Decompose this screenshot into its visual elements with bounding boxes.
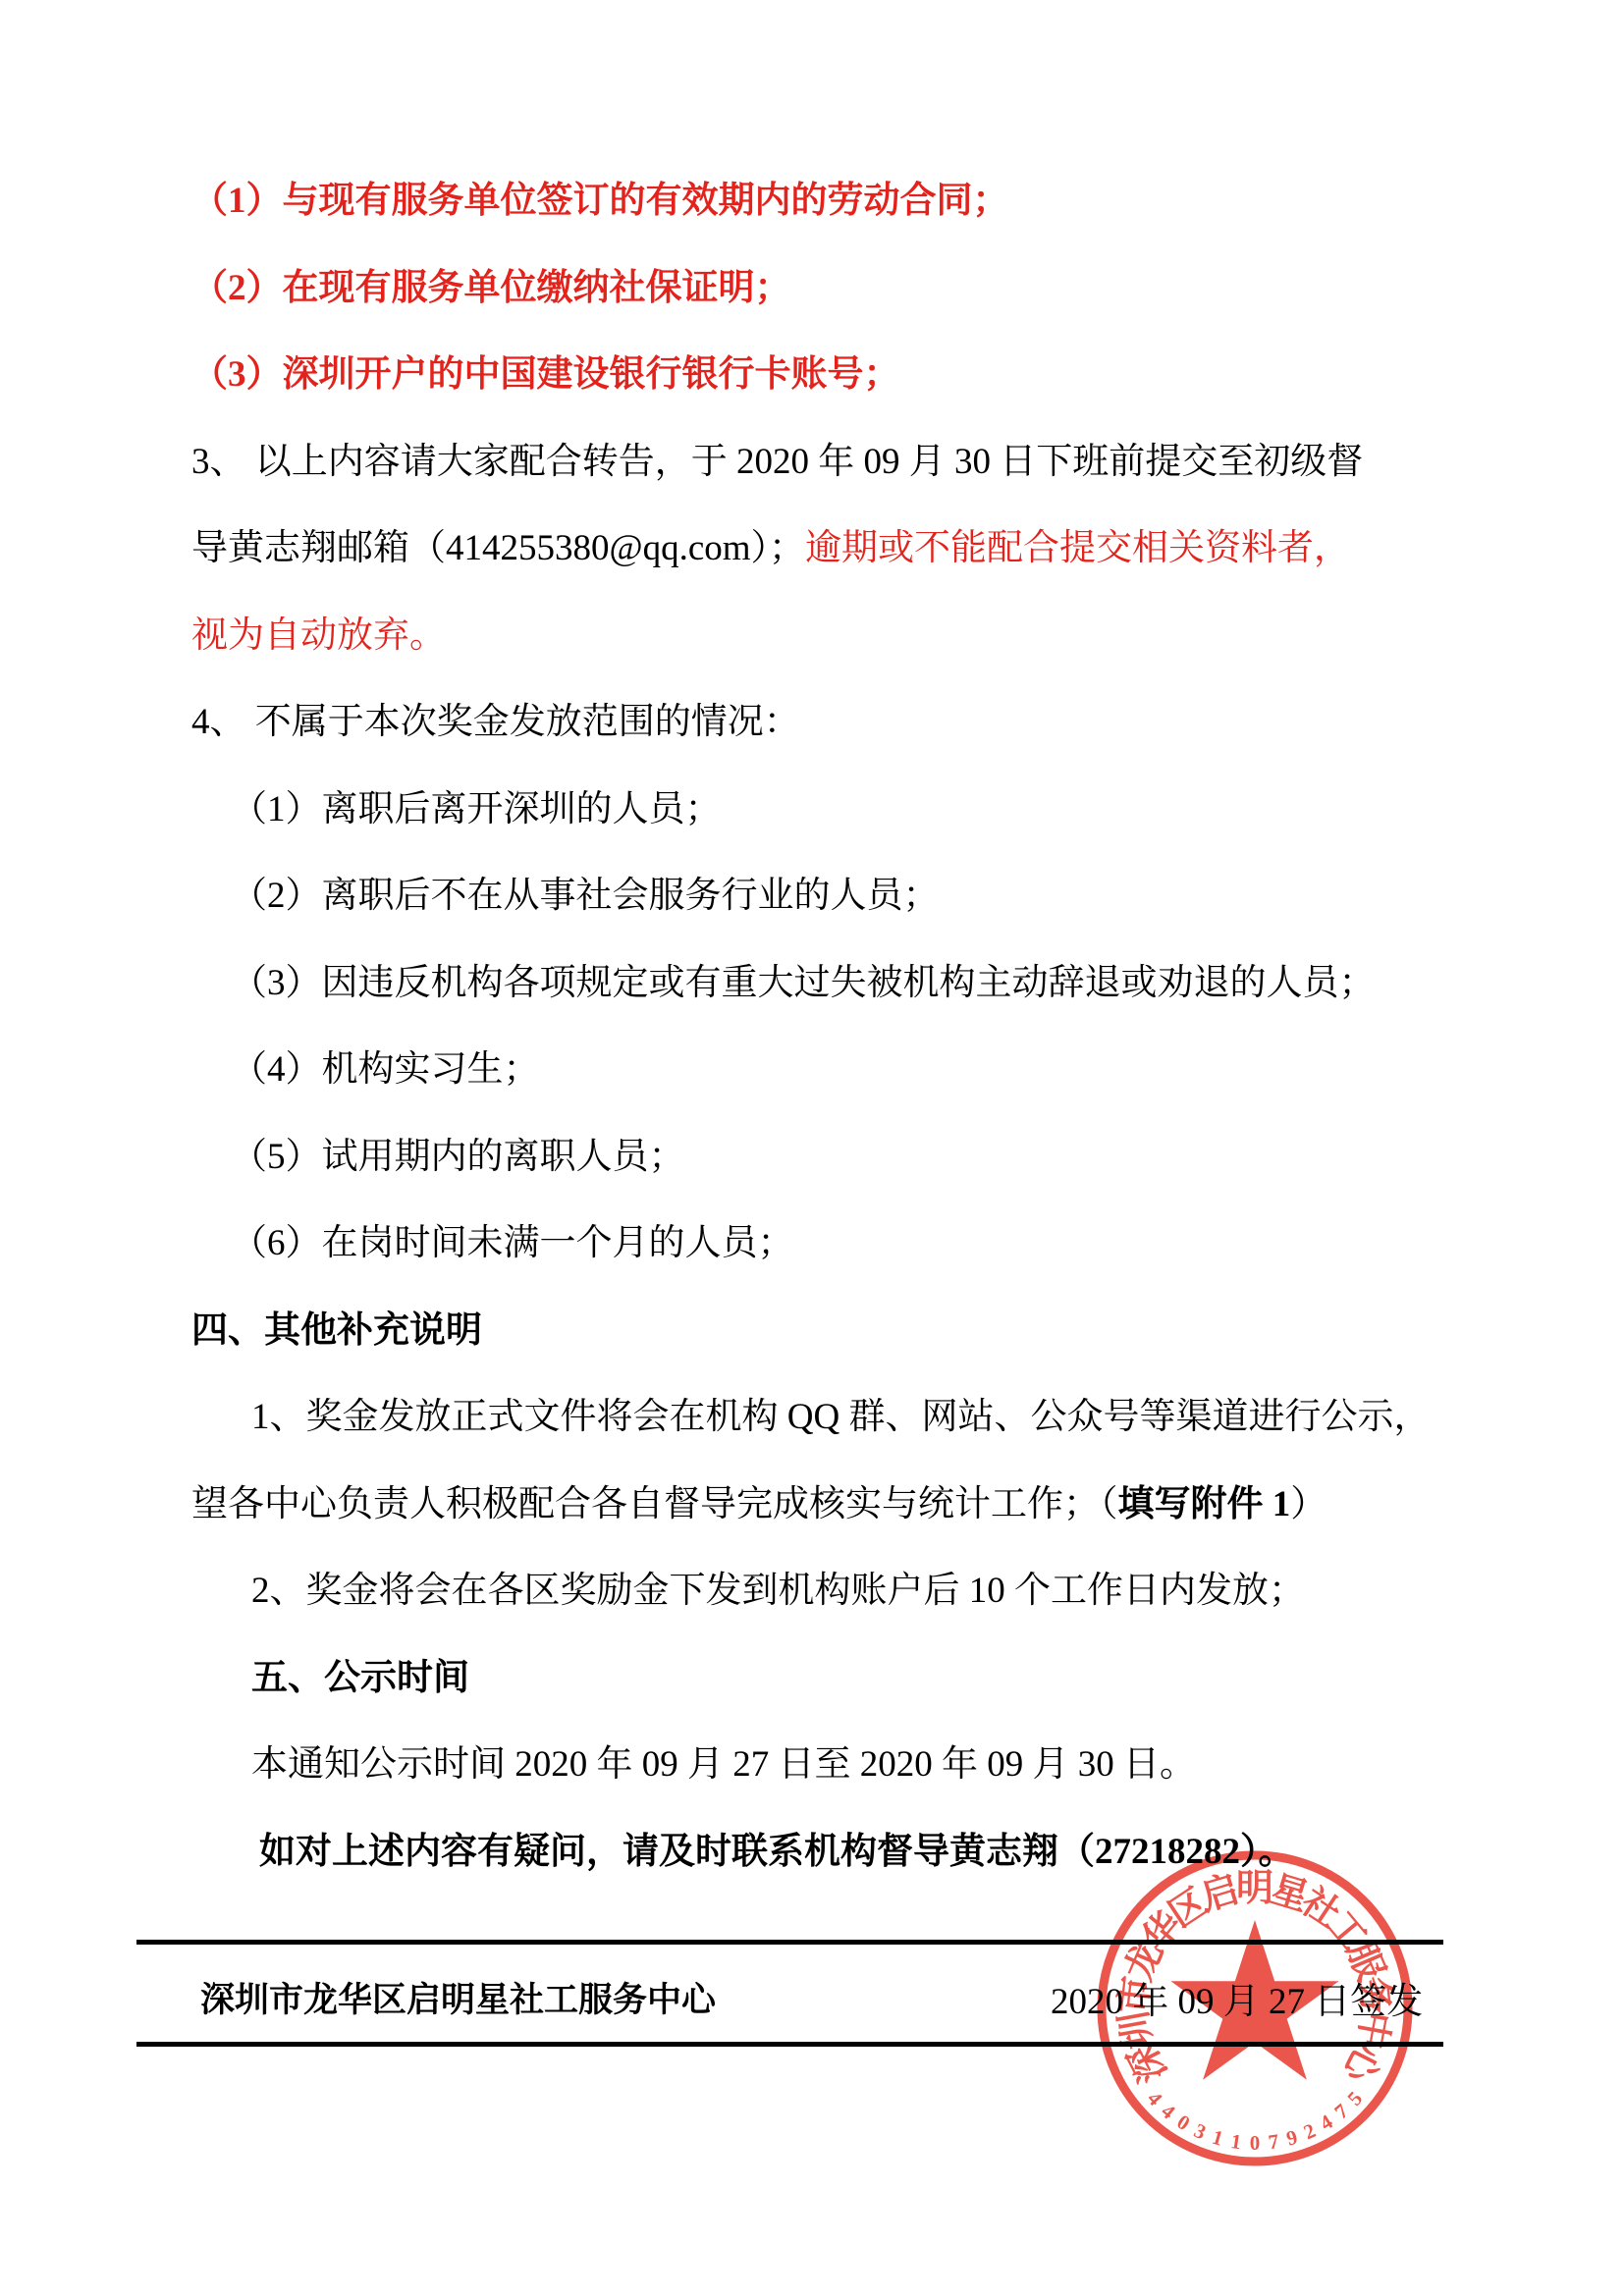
section4-line2: 望各中心负责人积极配合各自督导完成核实与统计工作；（填写附件 1） <box>0 1457 1624 1544</box>
svg-text:华: 华 <box>1135 1904 1191 1959</box>
item4-subitem-2: （2）离职后不在从事社会服务行业的人员； <box>0 848 1624 935</box>
item3-line2: 导黄志翔邮箱（414255380@qq.com）；逾期或不能配合提交相关资料者， <box>0 501 1624 588</box>
svg-text:7: 7 <box>1267 2129 1280 2154</box>
footer-org-name: 深圳市龙华区启明星社工服务中心 <box>200 1973 716 2022</box>
item3-line1: 3、 以上内容请大家配合转告，于 2020 年 09 月 30 日下班前提交至初… <box>0 414 1624 502</box>
section4-heading: 四、其他补充说明 <box>0 1283 1624 1370</box>
red-item-1: （1）与现有服务单位签订的有效期内的劳动合同； <box>0 153 1624 240</box>
section4-line1: 1、奖金发放正式文件将会在机构 QQ 群、网站、公众号等渠道进行公示， <box>0 1369 1624 1457</box>
svg-text:1: 1 <box>1229 2129 1243 2154</box>
svg-text:工: 工 <box>1319 1904 1375 1959</box>
contact-line: 如对上述内容有疑问，请及时联系机构督导黄志翔（27218282）。 <box>0 1804 1624 1892</box>
svg-text:0: 0 <box>1173 2109 1195 2135</box>
footer-top-rule <box>136 1940 1443 1945</box>
document-page: （1）与现有服务单位签订的有效期内的劳动合同； （2）在现有服务单位缴纳社保证明… <box>0 0 1624 2296</box>
section4-line3: 2、奖金将会在各区奖励金下发到机构账户后 10 个工作日内发放； <box>0 1543 1624 1630</box>
svg-text:0: 0 <box>1250 2131 1261 2155</box>
svg-text:1: 1 <box>1210 2125 1226 2151</box>
red-item-3: （3）深圳开户的中国建设银行银行卡账号； <box>0 327 1624 414</box>
svg-text:3: 3 <box>1191 2118 1210 2144</box>
section4-line2-bold: 填写附件 1 <box>1118 1473 1291 1526</box>
svg-text:4: 4 <box>1157 2099 1180 2123</box>
svg-text:9: 9 <box>1283 2125 1300 2151</box>
section4-line2-post: ） <box>1290 1473 1326 1526</box>
item3-line3: 视为自动放弃。 <box>0 588 1624 675</box>
footer-bottom-rule <box>136 2042 1443 2047</box>
item4-subitem-4: （4）机构实习生； <box>0 1022 1624 1109</box>
footer-issue-date: 2020 年 09 月 27 日签发 <box>1051 1971 1423 2024</box>
svg-text:5: 5 <box>1342 2087 1367 2110</box>
svg-text:4: 4 <box>1143 2087 1167 2110</box>
section5-line1: 本通知公示时间 2020 年 09 月 27 日至 2020 年 09 月 30… <box>0 1717 1624 1804</box>
item4-heading: 4、 不属于本次奖金发放范围的情况： <box>0 674 1624 762</box>
item4-subitem-5: （5）试用期内的离职人员； <box>0 1109 1624 1197</box>
item3-line2-red: 逾期或不能配合提交相关资料者， <box>805 517 1350 570</box>
item3-line2-black: 导黄志翔邮箱（414255380@qq.com）； <box>191 517 805 570</box>
section4-line2-pre: 望各中心负责人积极配合各自督导完成核实与统计工作；（ <box>191 1473 1118 1526</box>
item4-subitem-6: （6）在岗时间未满一个月的人员； <box>0 1196 1624 1283</box>
item3-line3-red: 视为自动放弃。 <box>191 605 446 658</box>
svg-text:4: 4 <box>1316 2109 1337 2135</box>
item4-subitem-1: （1）离职后离开深圳的人员； <box>0 762 1624 849</box>
svg-text:2: 2 <box>1300 2118 1319 2144</box>
section5-heading: 五、公示时间 <box>0 1630 1624 1718</box>
item4-subitem-3: （3）因违反机构各项规定或有重大过失被机构主动辞退或劝退的人员； <box>0 935 1624 1023</box>
red-item-2: （2）在现有服务单位缴纳社保证明； <box>0 240 1624 328</box>
document-body: （1）与现有服务单位签订的有效期内的劳动合同； （2）在现有服务单位缴纳社保证明… <box>0 153 1624 1891</box>
svg-text:7: 7 <box>1329 2099 1352 2123</box>
